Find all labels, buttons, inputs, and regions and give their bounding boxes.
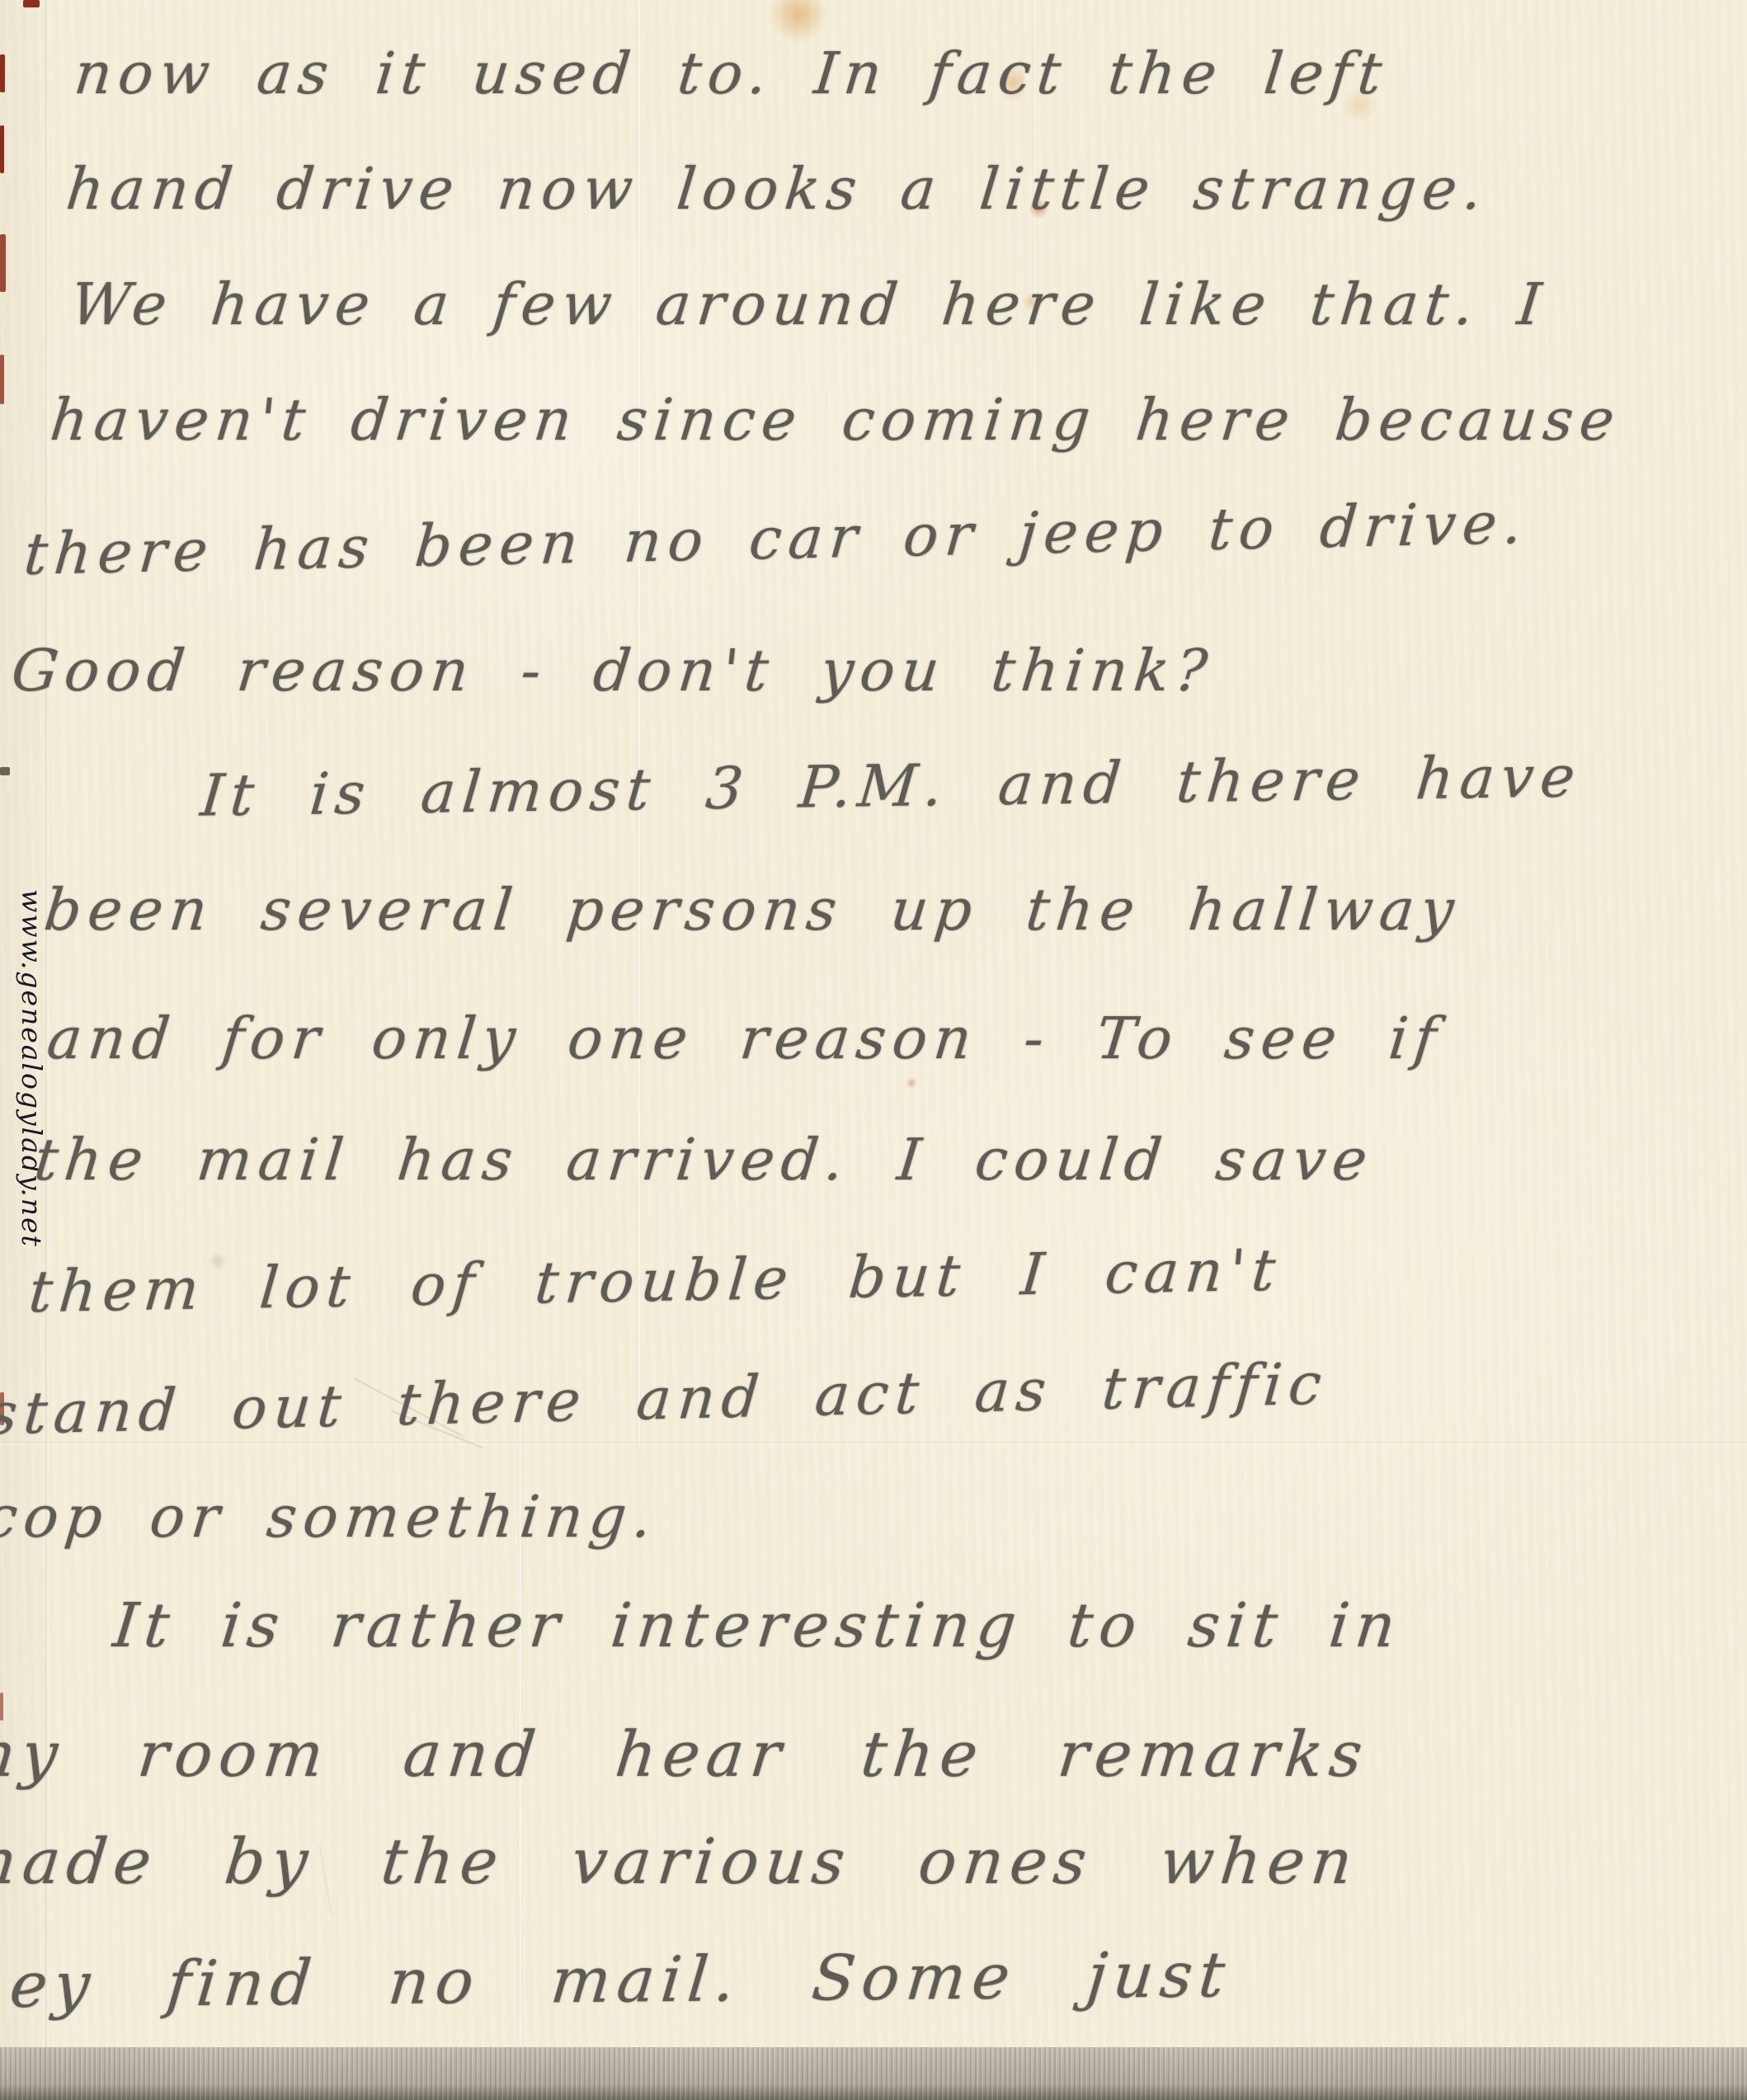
handwriting-line: hand drive now looks a little strange. [64, 155, 1492, 223]
handwriting-line: there has been no car or jeep to drive. [21, 489, 1531, 588]
handwriting-line: been several persons up the hallway [41, 876, 1464, 944]
handwriting-line: the mail has arrived. I could save [31, 1126, 1377, 1194]
handwriting-line: my room and hear the remarks [0, 1717, 1373, 1791]
handwriting-line: made by the various ones when [0, 1825, 1363, 1898]
handwriting-text: now as it used to. In fact the lefthand … [0, 0, 1747, 2100]
handwriting-line: cop or something. [0, 1483, 662, 1551]
handwriting-line: now as it used to. In fact the left [71, 40, 1391, 107]
handwriting-line: haven't driven since coming here because [47, 386, 1624, 454]
handwriting-line: Good reason - don't you think? [8, 637, 1217, 704]
handwriting-line: them lot of trouble but I can't [26, 1236, 1284, 1325]
handwriting-line: It is rather interesting to sit in [110, 1590, 1405, 1661]
handwriting-line: stand out there and act as traffic [0, 1350, 1330, 1448]
handwriting-line: It is almost 3 P.M. and there have [198, 742, 1585, 829]
handwriting-line: We have a few around here like that. I [68, 271, 1551, 338]
handwriting-line: and for only one reason - To see if [44, 1005, 1445, 1072]
letter-scan-page: www.genealogylady.net now as it used to.… [0, 0, 1747, 2100]
handwriting-line: they find no mail. Some just [0, 1938, 1235, 2022]
scanner-edge-band [0, 2047, 1747, 2100]
